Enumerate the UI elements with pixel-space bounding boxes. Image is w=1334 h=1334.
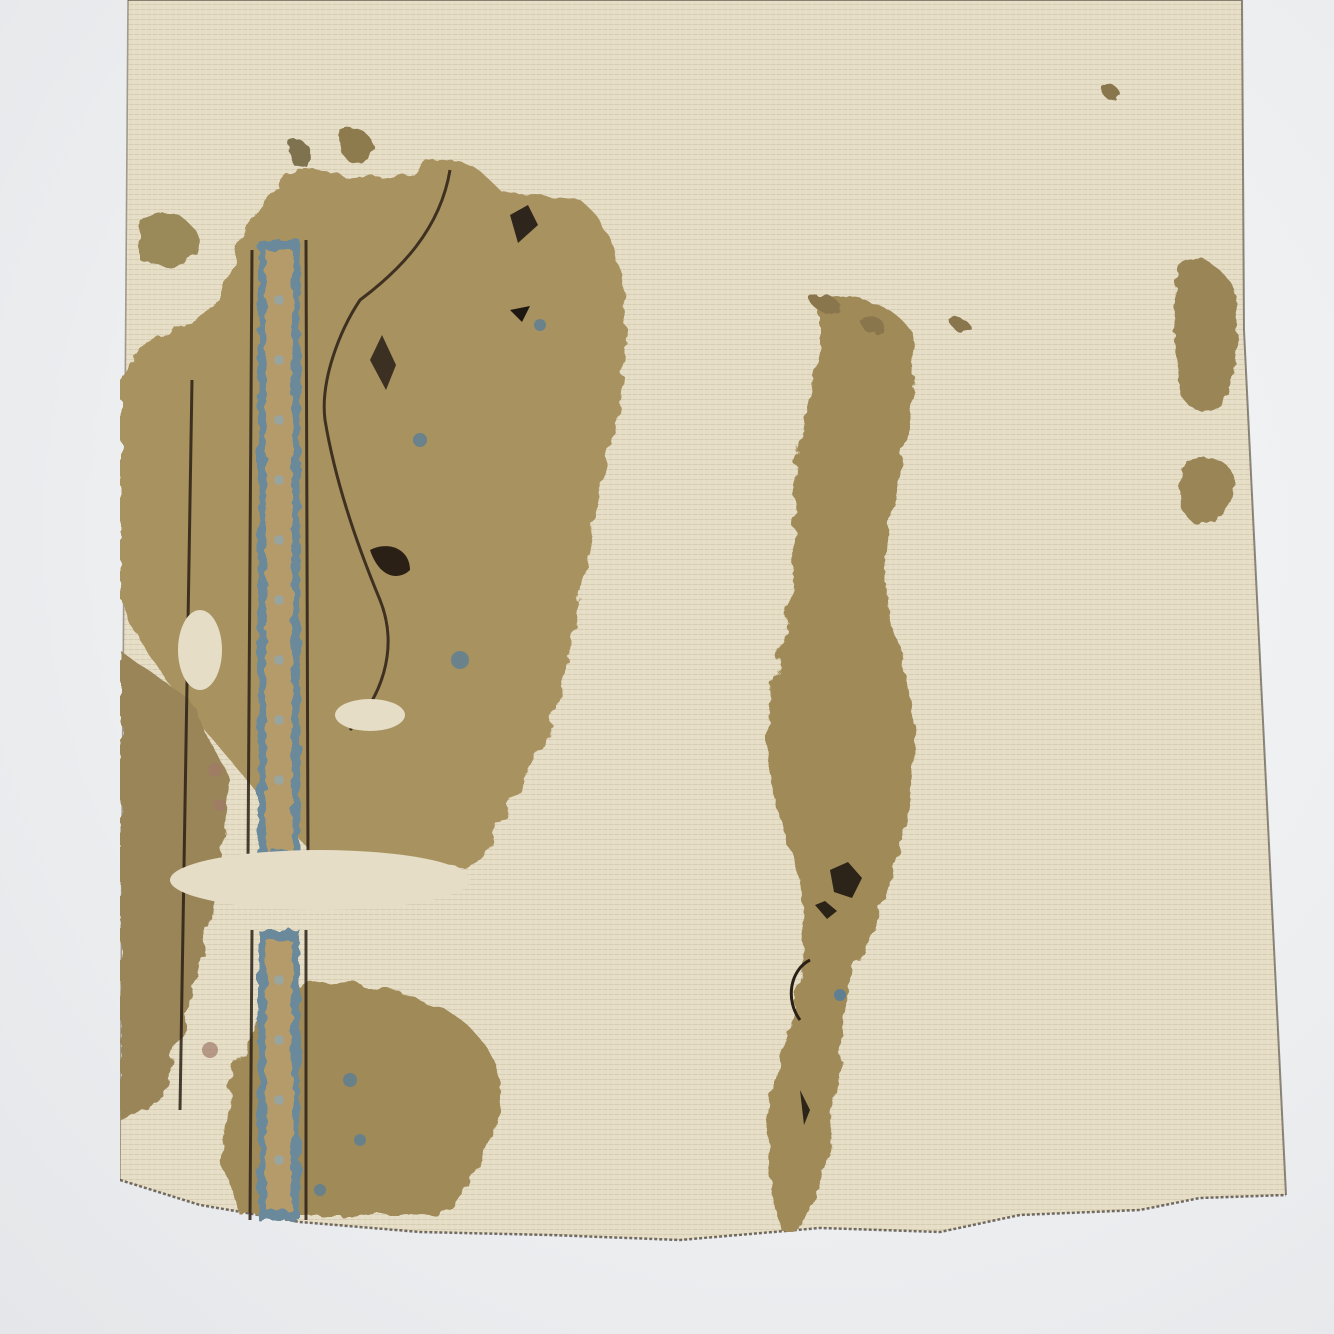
blue-border-stripe — [258, 240, 300, 1220]
rug-illustration — [120, 0, 1290, 1250]
rug-photo — [120, 0, 1290, 1250]
